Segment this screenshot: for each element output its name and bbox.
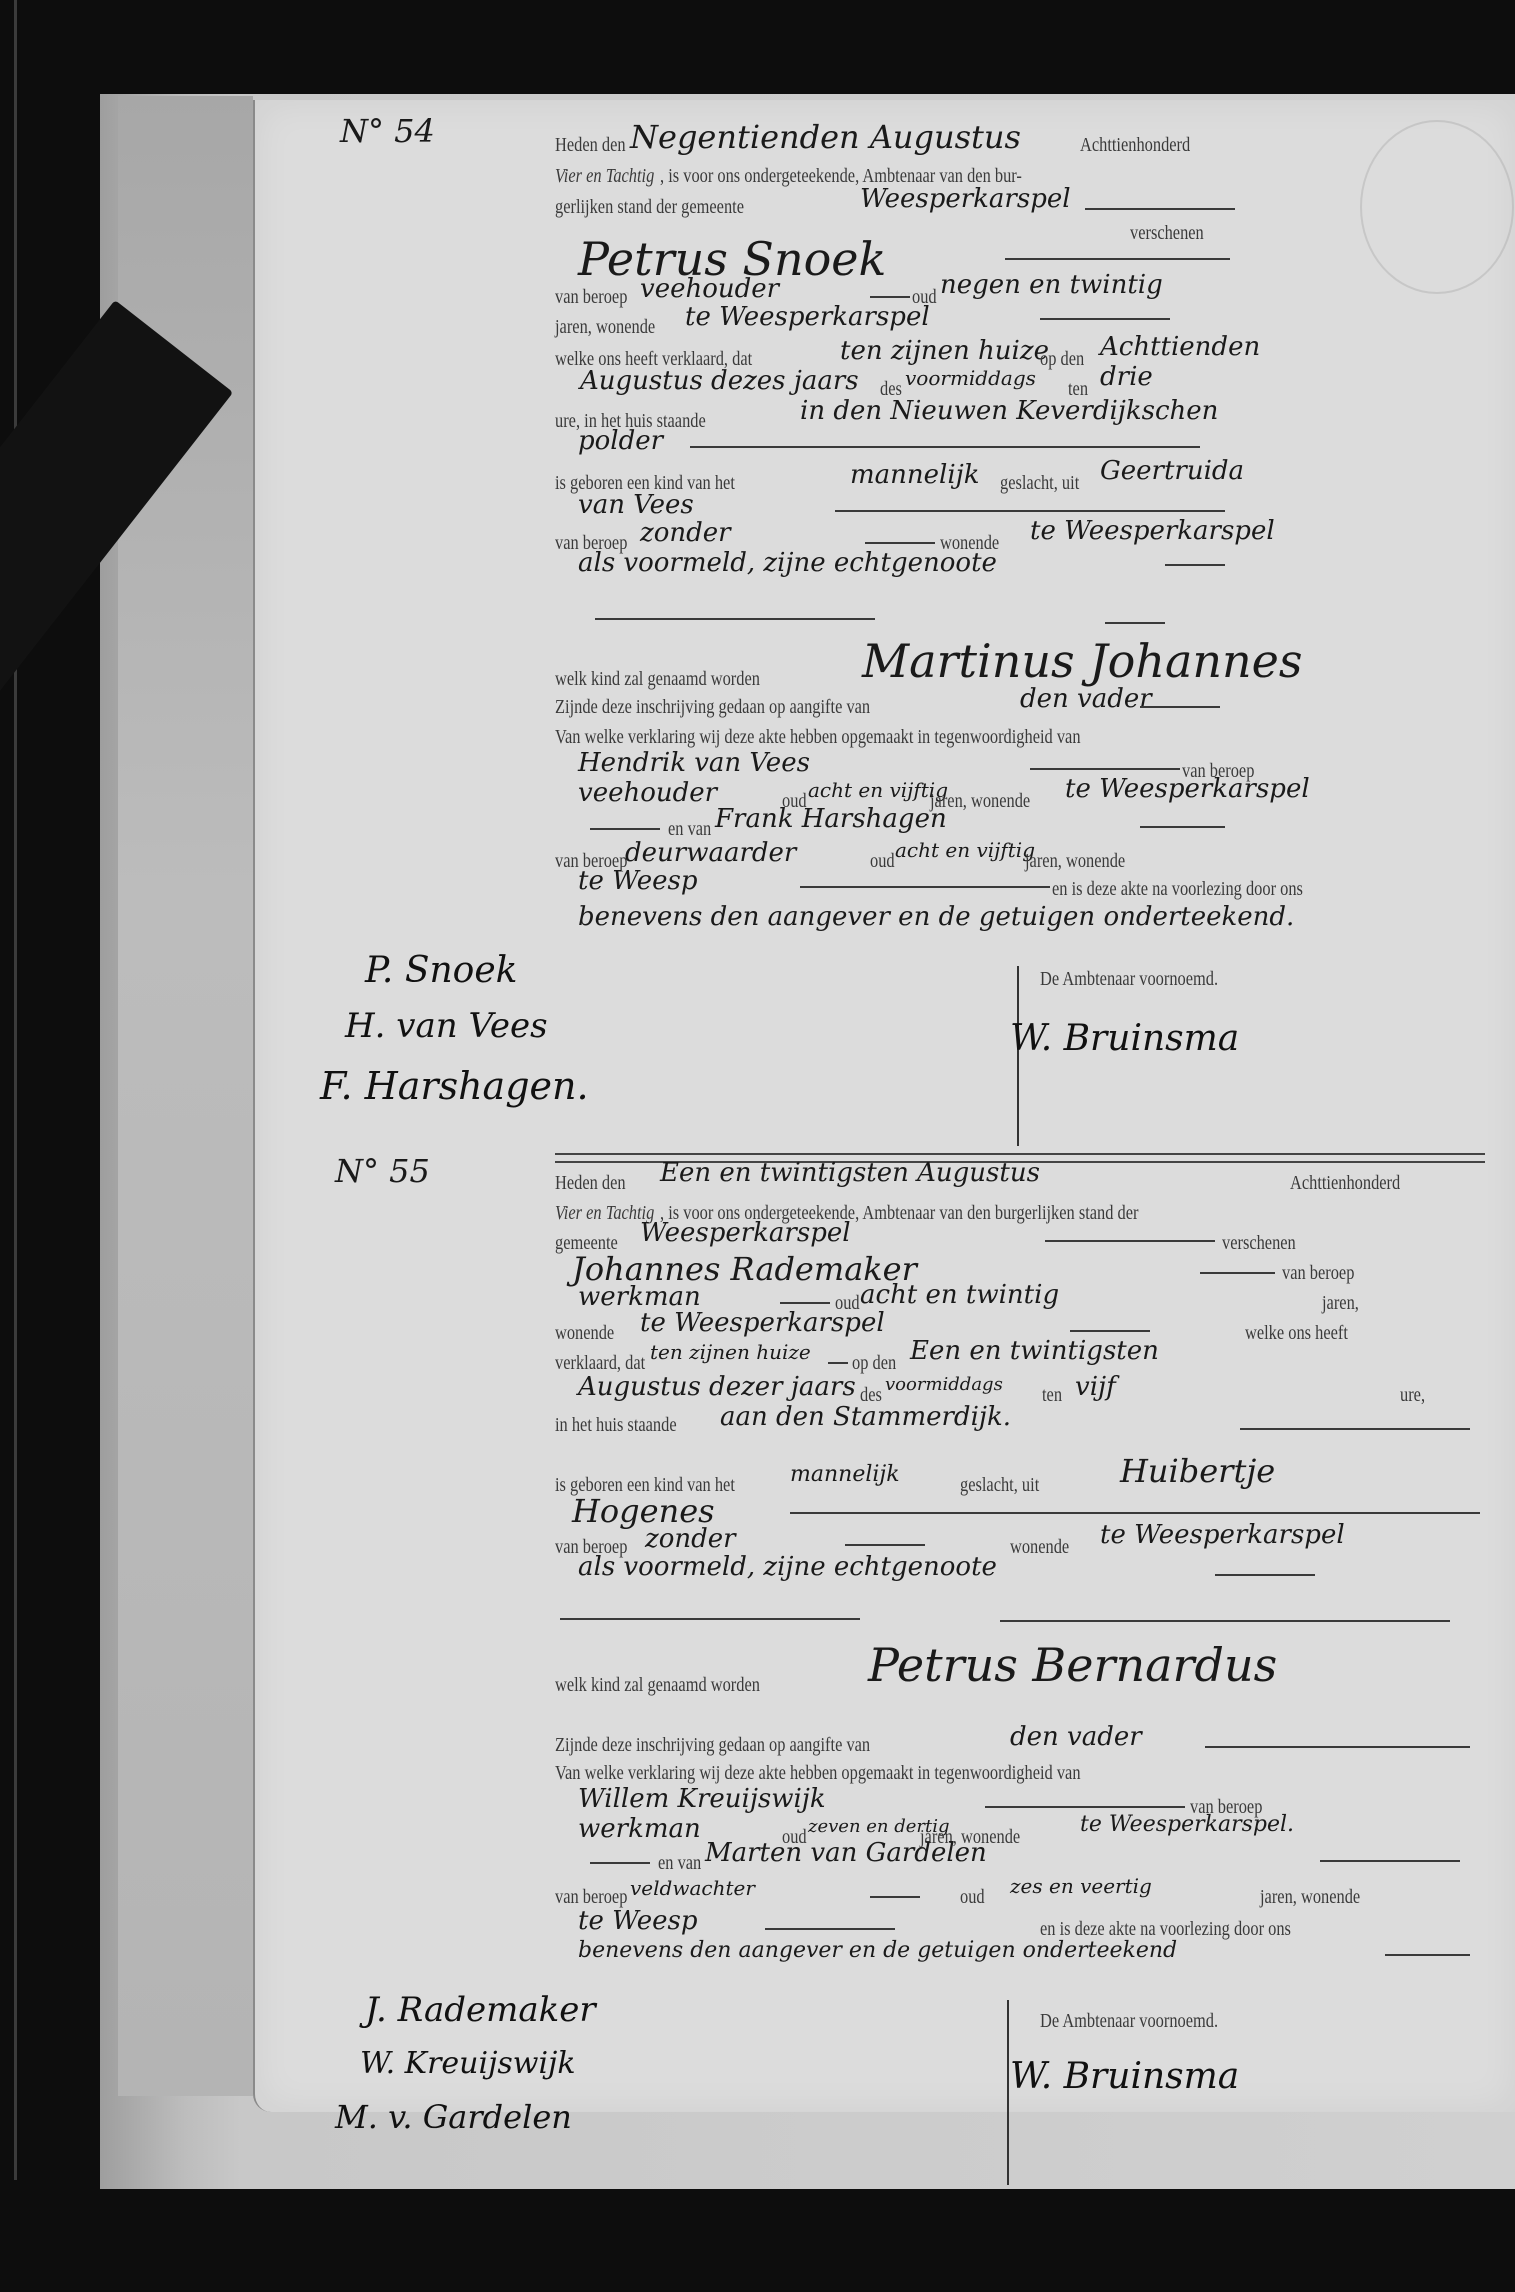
closing-text: benevens den aangever en de getuigen ond… xyxy=(578,902,1294,932)
witness1-name: Hendrik van Vees xyxy=(578,748,810,778)
label: van beroep xyxy=(1282,1262,1354,1285)
fill-line xyxy=(1040,318,1170,320)
municipality: Weesperkarspel xyxy=(860,184,1071,214)
label: Van welke verklaring wij deze akte hebbe… xyxy=(555,726,1081,749)
time-of-day: voormiddags xyxy=(885,1374,1003,1395)
label: geslacht, uit xyxy=(960,1474,1039,1497)
label: ten xyxy=(1042,1384,1062,1407)
fill-line xyxy=(1165,564,1225,566)
witness1-residence: te Weesperkarspel. xyxy=(1080,1812,1294,1837)
label: oud xyxy=(960,1886,985,1909)
fill-line xyxy=(1140,706,1220,708)
witness2-name: Marten van Gardelen xyxy=(705,1838,987,1868)
label: jaren, wonende xyxy=(555,316,655,339)
label: gerlijken stand der gemeente xyxy=(555,196,744,219)
label: Zijnde deze inschrijving gedaan op aangi… xyxy=(555,696,870,719)
label: welk kind zal genaamd worden xyxy=(555,1674,760,1697)
birth-date: Een en twintigsten xyxy=(910,1336,1159,1366)
birth-place: ten zijnen huize xyxy=(650,1340,811,1364)
fill-line xyxy=(1240,1428,1470,1430)
fill-line xyxy=(1000,1620,1450,1622)
label: op den xyxy=(852,1352,896,1375)
label: wonende xyxy=(1010,1536,1069,1559)
child-sex: mannelijk xyxy=(850,460,979,490)
label: en van xyxy=(658,1852,701,1875)
label: jaren, wonende xyxy=(1260,1886,1360,1909)
fill-line xyxy=(1385,1954,1470,1956)
registration-date: Een en twintigsten Augustus xyxy=(660,1158,1040,1188)
fill-line xyxy=(845,1544,925,1546)
fill-line xyxy=(865,542,935,544)
fill-line xyxy=(590,1862,650,1864)
fill-line xyxy=(765,1928,895,1930)
birth-date-cont: Augustus dezes jaars xyxy=(580,366,859,396)
mother-cont: als voormeld, zijne echtgenoote xyxy=(578,548,997,578)
year-words: Vier en Tachtig xyxy=(555,165,654,188)
declarant-residence: te Weesperkarspel xyxy=(685,302,930,332)
child-sex: mannelijk xyxy=(790,1462,900,1487)
label: Van welke verklaring wij deze akte hebbe… xyxy=(555,1762,1081,1785)
official-signature: W. Bruinsma xyxy=(1010,1018,1239,1059)
declared-by: den vader xyxy=(1010,1722,1142,1752)
fill-line xyxy=(828,1362,848,1364)
mother-profession: zonder xyxy=(640,518,731,548)
signature: M. v. Gardelen xyxy=(335,2098,572,2136)
fill-line xyxy=(560,1618,860,1620)
fill-line xyxy=(800,886,1050,888)
witness1-age: acht en vijftig xyxy=(808,778,948,802)
label: op den xyxy=(1040,348,1084,371)
fill-line xyxy=(1005,258,1230,260)
witness2-residence: te Weesp xyxy=(578,1906,697,1936)
birth-address: aan den Stammerdijk. xyxy=(720,1402,1011,1432)
label: van beroep xyxy=(555,286,627,309)
declared-by: den vader xyxy=(1020,684,1152,714)
fill-line xyxy=(780,1302,830,1304)
label: verschenen xyxy=(1130,222,1204,245)
mother-residence: te Weesperkarspel xyxy=(1030,516,1275,546)
witness2-profession: veldwachter xyxy=(630,1876,755,1900)
label: wonende xyxy=(555,1322,614,1345)
child-name: Martinus Johannes xyxy=(862,634,1302,688)
witness1-name: Willem Kreuijswijk xyxy=(578,1784,826,1814)
act-number: N° 54 xyxy=(340,112,435,150)
registration-date: Negentienden Augustus xyxy=(630,118,1021,156)
witness2-residence: te Weesp xyxy=(578,866,697,896)
label: welke ons heeft xyxy=(1245,1322,1348,1345)
fill-line xyxy=(985,1806,1185,1808)
official-signature: W. Bruinsma xyxy=(1010,2056,1239,2097)
label: Heden den xyxy=(555,1172,626,1195)
mother-residence: te Weesperkarspel xyxy=(1100,1520,1345,1550)
label: oud xyxy=(870,850,895,873)
witness1-profession: werkman xyxy=(578,1814,701,1844)
act-number: N° 55 xyxy=(335,1152,430,1190)
label: welk kind zal genaamd worden xyxy=(555,668,760,691)
fill-line xyxy=(870,1896,920,1898)
mother-first-name: Huibertje xyxy=(1120,1452,1275,1490)
witness2-age: acht en vijftig xyxy=(895,838,1035,862)
fill-line xyxy=(1320,1860,1460,1862)
witness1-profession: veehouder xyxy=(578,778,717,808)
fill-line xyxy=(1105,622,1165,624)
fill-line xyxy=(1030,768,1180,770)
signature: P. Snoek xyxy=(365,950,517,991)
birth-hour: vijf xyxy=(1075,1372,1116,1402)
child-name: Petrus Bernardus xyxy=(868,1638,1277,1692)
label: Zijnde deze inschrijving gedaan op aangi… xyxy=(555,1734,870,1757)
mother-profession: zonder xyxy=(645,1524,736,1554)
label: jaren, xyxy=(1322,1292,1359,1315)
fill-line xyxy=(870,296,910,298)
witness2-profession: deurwaarder xyxy=(625,838,796,868)
label: en is deze akte na voorlezing door ons xyxy=(1052,878,1303,901)
declarant-profession: veehouder xyxy=(640,274,779,304)
fill-line xyxy=(1140,826,1225,828)
birth-address-cont: polder xyxy=(578,426,663,456)
birth-address: in den Nieuwen Keverdijkschen xyxy=(800,396,1218,426)
birth-date: Achttienden xyxy=(1100,332,1260,362)
witness1-residence: te Weesperkarspel xyxy=(1065,774,1310,804)
time-of-day: voormiddags xyxy=(905,366,1036,390)
official-label: De Ambtenaar voornoemd. xyxy=(1040,968,1218,991)
declarant-age: negen en twintig xyxy=(940,270,1163,300)
label: geslacht, uit xyxy=(1000,472,1079,495)
fill-line xyxy=(595,618,875,620)
mother-first-name: Geertruida xyxy=(1100,456,1244,486)
signature: W. Kreuijswijk xyxy=(360,2046,576,2081)
fill-line xyxy=(1045,1240,1215,1242)
label: Heden den xyxy=(555,134,626,157)
birth-hour: drie xyxy=(1100,362,1153,392)
film-edge xyxy=(14,0,17,2180)
fill-line xyxy=(790,1512,1480,1514)
birth-date-cont: Augustus dezer jaars xyxy=(578,1372,856,1402)
municipality: Weesperkarspel xyxy=(640,1218,851,1248)
label: ure, xyxy=(1400,1384,1425,1407)
declarant-age: acht en twintig xyxy=(860,1280,1059,1310)
declarant-residence: te Weesperkarspel xyxy=(640,1308,885,1338)
fill-line xyxy=(1205,1746,1470,1748)
birth-place: ten zijnen huize xyxy=(840,336,1049,366)
fill-line xyxy=(1085,208,1235,210)
fill-line xyxy=(835,510,1225,512)
witness2-name: Frank Harshagen xyxy=(715,804,947,834)
signature: J. Rademaker xyxy=(365,1990,596,2030)
fill-line xyxy=(1070,1330,1150,1332)
mother-cont: als voormeld, zijne echtgenoote xyxy=(578,1552,997,1582)
signature: H. van Vees xyxy=(345,1006,548,1046)
fill-line xyxy=(590,828,660,830)
embossed-seal xyxy=(1360,120,1514,294)
mother-last-name: van Vees xyxy=(578,490,694,520)
signature-divider xyxy=(1007,2000,1009,2185)
signature: F. Harshagen. xyxy=(320,1064,589,1108)
fill-line xyxy=(690,446,1200,448)
official-label: De Ambtenaar voornoemd. xyxy=(1040,2010,1218,2033)
label: Achttienhonderd xyxy=(1290,1172,1400,1195)
closing-text: benevens den aangever en de getuigen ond… xyxy=(578,1938,1177,1963)
label: in het huis staande xyxy=(555,1414,677,1437)
fill-line xyxy=(1200,1272,1275,1274)
label: Achttienhonderd xyxy=(1080,134,1190,157)
witness2-age: zes en veertig xyxy=(1010,1874,1152,1898)
fill-line xyxy=(1215,1574,1315,1576)
label: jaren, wonende xyxy=(1025,850,1125,873)
label: verschenen xyxy=(1222,1232,1296,1255)
